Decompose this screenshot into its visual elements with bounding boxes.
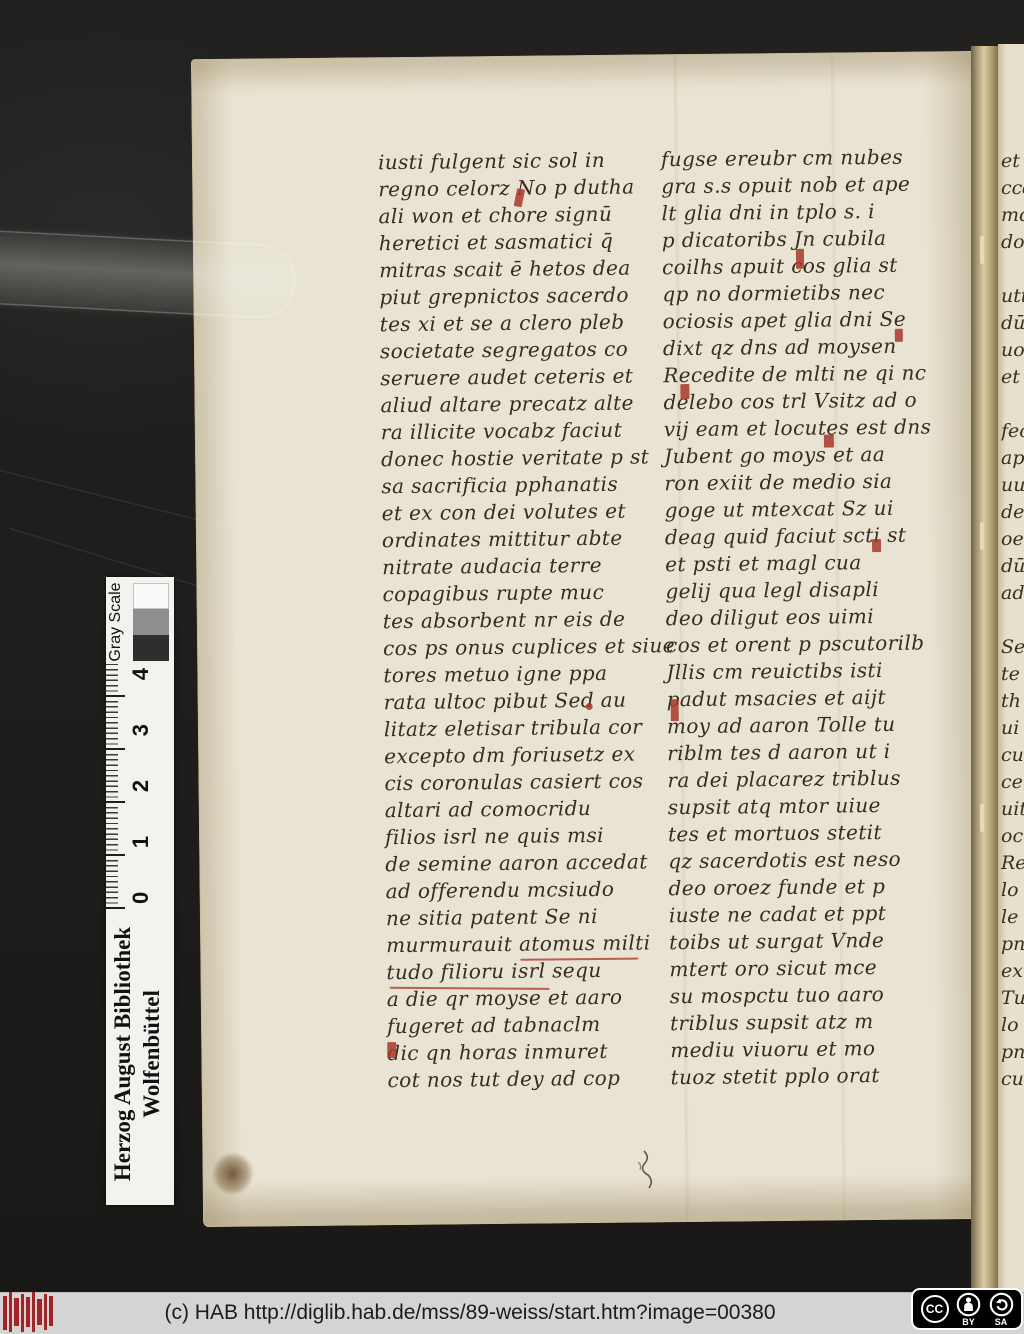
gray-scale-black-swatch: [133, 635, 169, 661]
manuscript-line: fugeret ad tabnaclm: [387, 1010, 671, 1040]
clipped-line: ccd: [1001, 175, 1024, 202]
gray-scale-patch: [133, 583, 169, 661]
ruler-number: 4: [128, 668, 154, 680]
rubrication-mark: [671, 699, 679, 721]
clipped-line: cu: [1001, 1066, 1024, 1093]
manuscript-line: mediu viuoru et mo: [670, 1034, 954, 1064]
clipped-line: oc: [1001, 823, 1024, 850]
clipped-line: cei: [1001, 769, 1024, 796]
manuscript-line: supsit atq mtor uiue: [668, 791, 952, 821]
clipped-line: de: [1001, 499, 1024, 526]
manuscript-page: iusti fulgent sic sol inregno celorz No …: [191, 51, 996, 1227]
manuscript-line: mitras scait ē hetos dea: [379, 254, 663, 284]
manuscript-line: cis coronulas casiert cos: [384, 767, 668, 797]
gray-scale-gray-swatch: [133, 609, 169, 635]
manuscript-line: copagibus rupte muc: [382, 578, 666, 608]
cc-logo-icon: CC: [921, 1295, 949, 1323]
manuscript-line: piut grepnictos sacerdo: [379, 281, 663, 311]
manuscript-line: triblus supsit atz m: [670, 1007, 954, 1037]
manuscript-line: altari ad comocridu: [385, 794, 669, 824]
cc-by-icon: BY: [956, 1292, 981, 1327]
clipped-line: Se: [1001, 634, 1024, 661]
manuscript-line: rata ultoc pibut Sed au: [384, 686, 668, 716]
manuscript-line: ra dei placarez triblus: [667, 764, 951, 794]
clipped-line: dū: [1001, 310, 1024, 337]
manuscript-line: cos et orent p pscutorilb: [666, 629, 950, 659]
manuscript-line: moy ad aaron Tolle tu: [667, 710, 951, 740]
ruler-ticks-cm: [106, 659, 125, 909]
institution-line1: Herzog August Bibliothek: [108, 909, 137, 1199]
manuscript-line: mtert oro sicut mce: [669, 953, 953, 983]
manuscript-line: dixt qz dns ad moysen: [663, 332, 947, 362]
cc-license-badge: CC BY SA: [911, 1288, 1023, 1330]
clipped-line: uttr: [1001, 283, 1024, 310]
manuscript-line: heretici et sasmatici q̄: [379, 227, 663, 257]
ruler-number: 0: [128, 892, 154, 904]
manuscript-line: iuste ne cadat et ppt: [669, 899, 953, 929]
rubrication-mark: [796, 249, 804, 269]
manuscript-line: deo oroez funde et p: [668, 872, 952, 902]
manuscript-line: ne sitia patent Se ni: [386, 902, 670, 932]
manuscript-line: gra s.s opuit nob et ape: [661, 170, 945, 200]
clipped-line: [1001, 607, 1024, 634]
clipped-line: [1001, 391, 1024, 418]
clipped-line: mor: [1001, 202, 1024, 229]
manuscript-line: lt glia dni in tplo s. i: [661, 197, 945, 227]
reference-strip: Herzog August Bibliothek Wolfenbüttel 01…: [106, 577, 174, 1205]
manuscript-line: cos ps onus cuplices et siue: [383, 632, 667, 662]
manuscript-line: ordinates mittitur abte: [382, 524, 666, 554]
manuscript-line: tuoz stetit pplo orat: [670, 1061, 954, 1091]
sa-label: SA: [995, 1318, 1008, 1327]
clipped-text-fragments: et plccdmordo cuttrdūuoset rfecapuudeoet…: [1001, 148, 1024, 1093]
binding-stitch: [980, 522, 984, 550]
text-column-right: fugse ereubr cm nubesgra s.s opuit nob e…: [661, 143, 955, 1091]
manuscript-line: qz sacerdotis est neso: [668, 845, 952, 875]
clipped-line: Re: [1001, 850, 1024, 877]
rubrication-mark: [680, 384, 689, 399]
gray-scale-white-swatch: [133, 583, 169, 609]
clipped-line: fec: [1001, 418, 1024, 445]
manuscript-line: tes et mortuos stetit: [668, 818, 952, 848]
text-column-left: iusti fulgent sic sol inregno celorz No …: [378, 146, 672, 1094]
manuscript-line: Recedite de mlti ne qi nc: [663, 359, 947, 389]
clipped-line: ad: [1001, 580, 1024, 607]
manuscript-line: ociosis apet glia dni Se: [663, 305, 947, 335]
binding-gutter: [971, 46, 998, 1290]
clipped-line: uos: [1001, 337, 1024, 364]
ruler-number: 2: [128, 780, 154, 792]
manuscript-line: su mospctu tuo aaro: [670, 980, 954, 1010]
manuscript-line: tes xi et se a clero pleb: [380, 308, 664, 338]
manuscript-line: goge ut mtexcat Sz ui: [665, 494, 949, 524]
manuscript-line: tores metuo igne ppa: [383, 659, 667, 689]
ruler-numbers: 01234: [128, 668, 154, 904]
ink-squiggle: [632, 1148, 656, 1192]
clipped-line: pn: [1001, 931, 1024, 958]
clipped-line: oet: [1001, 526, 1024, 553]
clipped-line: te: [1001, 661, 1024, 688]
red-registration-mark: [3, 1292, 53, 1334]
manuscript-line: filios isrl ne quis msi: [385, 821, 669, 851]
clipped-line: [1001, 256, 1024, 283]
clipped-line: uit: [1001, 796, 1024, 823]
manuscript-line: aliud altare precatz alte: [380, 389, 664, 419]
clipped-line: dū: [1001, 553, 1024, 580]
manuscript-line: sa sacrificia pphanatis: [381, 470, 665, 500]
attribution-person-icon: [956, 1292, 981, 1317]
clipped-line: ap: [1001, 445, 1024, 472]
manuscript-line: Jubent go moys et aa: [664, 440, 948, 470]
manuscript-line: iusti fulgent sic sol in: [378, 146, 662, 176]
reference-strip-content: Herzog August Bibliothek Wolfenbüttel 01…: [106, 577, 174, 1205]
clipped-line: Tu: [1001, 985, 1024, 1012]
rubrication-mark: [872, 539, 881, 552]
binding-stitch: [980, 804, 984, 832]
institution-line2: Wolfenbüttel: [137, 909, 166, 1199]
ruler-number: 1: [128, 836, 154, 848]
manuscript-line: fugse ereubr cm nubes: [661, 143, 945, 173]
manuscript-line: delebo cos trl Vsitz ad o: [663, 386, 947, 416]
manuscript-line: nitrate audacia terre: [382, 551, 666, 581]
rubrication-mark: [895, 329, 903, 342]
manuscript-line: qp no dormietibs nec: [662, 278, 946, 308]
share-alike-arrow-icon: [989, 1292, 1014, 1317]
manuscript-line: dic qn horas inmuret: [387, 1037, 671, 1067]
institution-name: Herzog August Bibliothek Wolfenbüttel: [108, 909, 172, 1199]
manuscript-line: ron exiit de medio sia: [664, 467, 948, 497]
rubrication-mark: [387, 1042, 396, 1058]
caption-bar: (c) HAB http://diglib.hab.de/mss/89-weis…: [0, 1292, 1024, 1334]
clipped-line: th: [1001, 688, 1024, 715]
clipped-line: et r: [1001, 364, 1024, 391]
clipped-line: ui: [1001, 715, 1024, 742]
clipped-line: et pl: [1001, 148, 1024, 175]
page-holder-clip: [0, 230, 298, 320]
manuscript-line: deag quid faciut scti st: [665, 521, 949, 551]
manuscript-line: donec hostie veritate p st: [381, 443, 665, 473]
rubrication-mark: [824, 434, 834, 447]
manuscript-line: riblm tes d aaron ut i: [667, 737, 951, 767]
clipped-line: ex: [1001, 958, 1024, 985]
gray-scale-label: Gray Scale: [107, 579, 125, 665]
manuscript-line: de semine aaron accedat: [385, 848, 669, 878]
manuscript-line: murmurauit atomus milti: [386, 929, 670, 959]
clipped-line: pnl: [1001, 1039, 1024, 1066]
manuscript-line: et ex con dei volutes et: [382, 497, 666, 527]
page-stain: [197, 1138, 268, 1210]
manuscript-line: litatz eletisar tribula cor: [384, 713, 668, 743]
binding-stitch: [980, 236, 984, 264]
clipped-line: lo: [1001, 1012, 1024, 1039]
clipped-line: uu: [1001, 472, 1024, 499]
next-page-sliver: et plccdmordo cuttrdūuoset rfecapuudeoet…: [998, 44, 1024, 1292]
manuscript-line: societate segregatos co: [380, 335, 664, 365]
manuscript-line: seruere audet ceteris et: [380, 362, 664, 392]
manuscript-line: Jllis cm reuictibs isti: [666, 656, 950, 686]
clipped-line: le: [1001, 904, 1024, 931]
clipped-line: cu: [1001, 742, 1024, 769]
by-label: BY: [962, 1318, 975, 1327]
cc-sa-icon: SA: [989, 1292, 1014, 1327]
clipped-line: lo: [1001, 877, 1024, 904]
rubrication-mark: [586, 703, 593, 710]
ruler-number: 3: [128, 724, 154, 736]
manuscript-line: ra illicite vocabz faciut: [381, 416, 665, 446]
manuscript-line: et psti et magl cua: [665, 548, 949, 578]
manuscript-line: excepto dm foriusetz ex: [384, 740, 668, 770]
clipped-line: do c: [1001, 229, 1024, 256]
photo-stage: iusti fulgent sic sol inregno celorz No …: [0, 0, 1024, 1292]
manuscript-line: padut msacies et aijt: [666, 683, 950, 713]
manuscript-line: cot nos tut dey ad cop: [387, 1064, 671, 1094]
manuscript-line: toibs ut surgat Vnde: [669, 926, 953, 956]
manuscript-line: gelij qua legl disapli: [665, 575, 949, 605]
manuscript-line: deo diligut eos uimi: [666, 602, 950, 632]
manuscript-line: tudo filioru isrl sequ: [386, 956, 670, 986]
manuscript-line: tes absorbent nr eis de: [383, 605, 667, 635]
manuscript-line: ad offerendu mcsiudo: [385, 875, 669, 905]
copyright-url-text: (c) HAB http://diglib.hab.de/mss/89-weis…: [0, 1292, 940, 1334]
digitized-manuscript-viewer: { "colors": { "background": "#1e1d1b", "…: [0, 0, 1024, 1334]
manuscript-line: vij eam et locutes est dns: [664, 413, 948, 443]
cc-logo-circle: CC: [921, 1295, 949, 1323]
